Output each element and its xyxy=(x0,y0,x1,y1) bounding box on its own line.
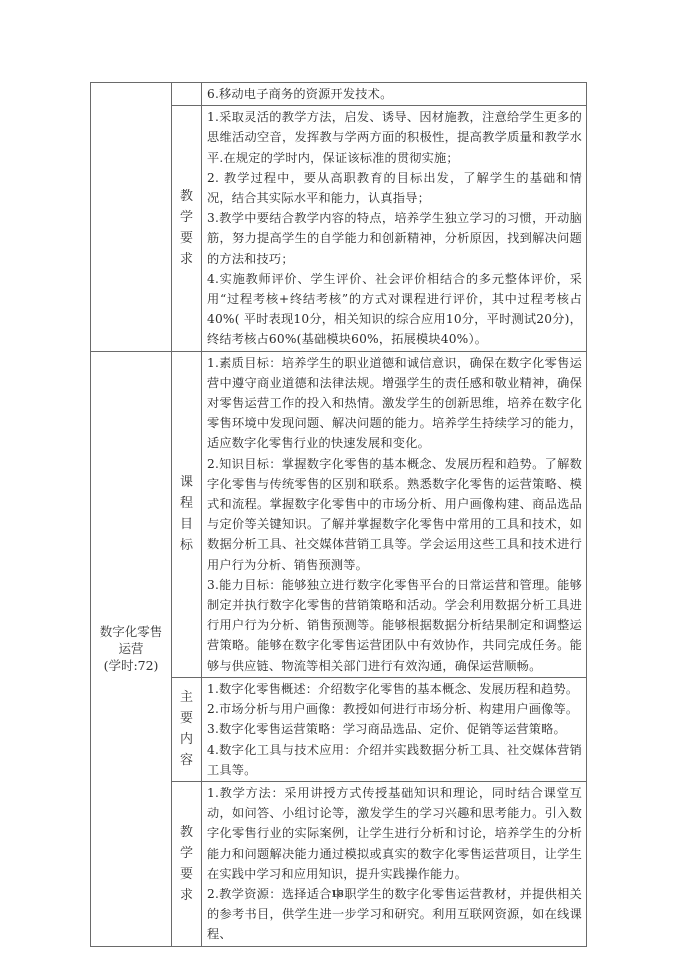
label-char: 教 xyxy=(172,822,201,843)
label-char: 求 xyxy=(172,249,201,270)
content-item: 4.数字化工具与技术应用：介绍并实践数据分析工具、社交媒体营销工具等。 xyxy=(207,740,582,780)
label-char: 目 xyxy=(172,514,201,535)
table-row: 6.移动电子商务的资源开发技术。 xyxy=(91,83,587,106)
label-char: 标 xyxy=(172,535,201,556)
content-cell: 1.素质目标：培养学生的职业道德和诚信意识，确保在数字化零售运营中遵守商业道德和… xyxy=(202,351,587,677)
label-char: 教 xyxy=(172,186,201,207)
content-item: 2. 教学过程中，要从高职教育的目标出发，了解学生的基础和情况，结合其实际水平和… xyxy=(207,168,582,208)
content-item: 3.数字化零售运营策略：学习商品选品、定价、促销等运营策略。 xyxy=(207,719,582,739)
section-label-main-content: 主 要 内 容 xyxy=(172,677,202,781)
label-char: 学 xyxy=(172,207,201,228)
content-item: 6.移动电子商务的资源开发技术。 xyxy=(207,84,582,104)
previous-course-name-cell xyxy=(91,83,172,352)
label-char: 容 xyxy=(172,750,201,771)
label-char: 要 xyxy=(172,228,201,249)
content-item: 4.实施教师评价、学生评价、社会评价相结合的多元整体评价，采用“过程考核+终结考… xyxy=(207,269,582,350)
content-item: 1.教学方法：采用讲授方式传授基础知识和理论，同时结合课堂互动，如问答、小组讨论… xyxy=(207,783,582,884)
content-item: 3.教学中要结合教学内容的特点，培养学生独立学习的习惯，开动脑筋，努力提高学生的… xyxy=(207,208,582,269)
label-char: 学 xyxy=(172,843,201,864)
label-char: 课 xyxy=(172,472,201,493)
table-row: 数字化零售 运营 (学时:72) 课 程 目 标 1.素质目标：培养学生的职业道… xyxy=(91,351,587,677)
section-label-cell xyxy=(172,83,202,106)
section-label-teaching-requirements: 教 学 要 求 xyxy=(172,106,202,351)
content-item: 1.采取灵活的教学方法，启发、诱导、因材施教，注意给学生更多的思维活动空音，发挥… xyxy=(207,107,582,168)
section-label-teaching-requirements: 教 学 要 求 xyxy=(172,781,202,946)
label-char: 内 xyxy=(172,729,201,750)
content-cell: 1.教学方法：采用讲授方式传授基础知识和理论，同时结合课堂互动，如问答、小组讨论… xyxy=(202,781,587,946)
course-hours: (学时:72) xyxy=(91,657,171,674)
course-name-cell: 数字化零售 运营 (学时:72) xyxy=(91,351,172,946)
section-label-course-objectives: 课 程 目 标 xyxy=(172,351,202,677)
label-char: 程 xyxy=(172,493,201,514)
document-page: 6.移动电子商务的资源开发技术。 教 学 要 求 1.采取灵活的教学方法，启发、… xyxy=(0,0,675,954)
content-item: 1.数字化零售概述：介绍数字化零售的基本概念、发展历程和趋势。 xyxy=(207,679,582,699)
label-char: 主 xyxy=(172,687,201,708)
content-item: 3.能力目标：能够独立进行数字化零售平台的日常运营和管理。能够制定并执行数字化零… xyxy=(207,575,582,676)
content-item: 2.市场分析与用户画像：教授如何进行市场分析、构建用户画像等。 xyxy=(207,699,582,719)
page-number: 18 xyxy=(0,889,675,900)
content-cell: 1.数字化零售概述：介绍数字化零售的基本概念、发展历程和趋势。 2.市场分析与用… xyxy=(202,677,587,781)
content-item: 1.素质目标：培养学生的职业道德和诚信意识，确保在数字化零售运营中遵守商业道德和… xyxy=(207,353,582,454)
course-name-line2: 运营 xyxy=(91,640,171,657)
content-cell: 6.移动电子商务的资源开发技术。 xyxy=(202,83,587,106)
content-item: 2.知识目标：掌握数字化零售的基本概念、发展历程和趋势。了解数字化零售与传统零售… xyxy=(207,454,582,575)
curriculum-table: 6.移动电子商务的资源开发技术。 教 学 要 求 1.采取灵活的教学方法，启发、… xyxy=(90,82,587,947)
label-char: 要 xyxy=(172,708,201,729)
course-name-line1: 数字化零售 xyxy=(91,623,171,640)
label-char: 要 xyxy=(172,864,201,885)
content-cell: 1.采取灵活的教学方法，启发、诱导、因材施教，注意给学生更多的思维活动空音，发挥… xyxy=(202,106,587,351)
